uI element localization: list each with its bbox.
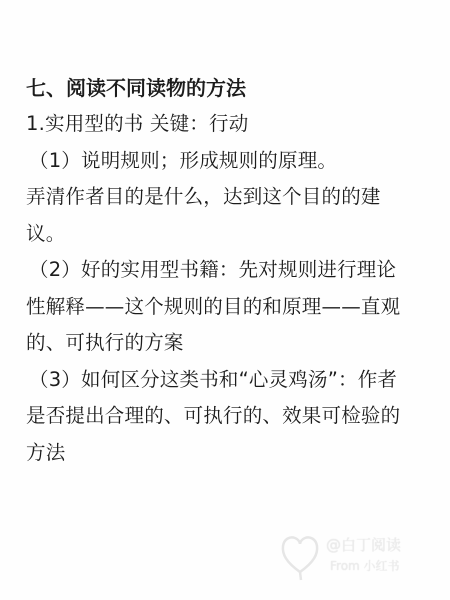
point-1-detail-line-2: 议。 — [26, 216, 426, 253]
point-2-line-2: 性解释——这个规则的目的和原理——直观 — [26, 289, 426, 326]
point-1-detail-line-1: 弄清作者目的是什么，达到这个目的的建 — [26, 179, 426, 216]
heart-logo-icon — [280, 532, 320, 582]
watermark-account: @白丁阅读 — [326, 536, 401, 554]
point-2-line-3: 的、可执行的方案 — [26, 325, 426, 362]
section-title: 七、阅读不同读物的方法 — [26, 70, 426, 106]
point-1: （1）说明规则；形成规则的原理。 — [26, 143, 426, 180]
point-2-line-1: （2）好的实用型书籍：先对规则进行理论 — [26, 252, 426, 289]
point-3-line-3: 方法 — [26, 435, 426, 472]
subheading-practical-books: 1.实用型的书 关键：行动 — [26, 106, 426, 143]
point-3-line-2: 是否提出合理的、可执行的、效果可检验的 — [26, 398, 426, 435]
watermark-source: From 小红书 — [330, 558, 400, 574]
document-body: 七、阅读不同读物的方法 1.实用型的书 关键：行动 （1）说明规则；形成规则的原… — [26, 70, 426, 471]
point-3-line-1: （3）如何区分这类书和“心灵鸡汤”：作者 — [26, 362, 426, 399]
watermark: @白丁阅读 From 小红书 — [278, 528, 448, 588]
